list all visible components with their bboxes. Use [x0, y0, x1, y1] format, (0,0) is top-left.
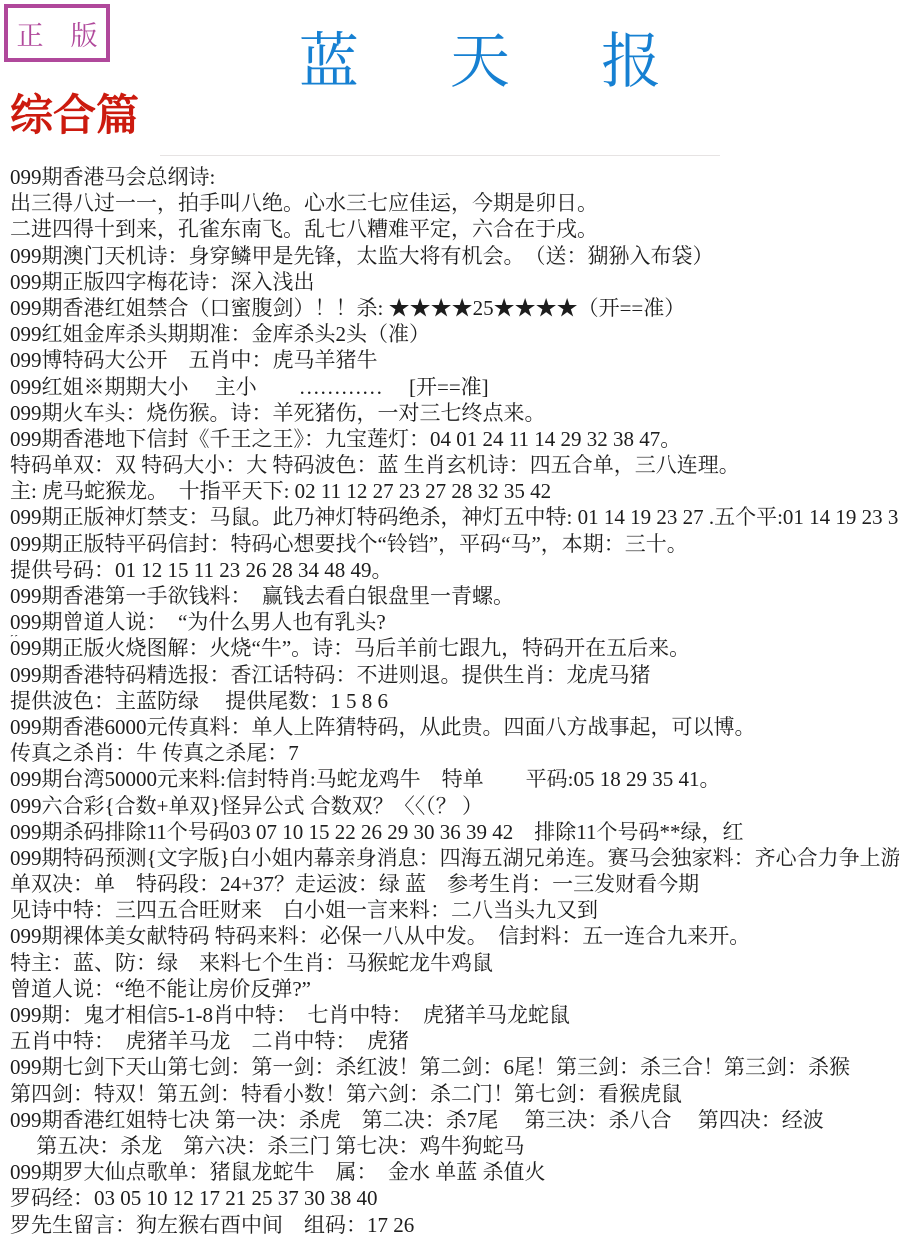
text-line: 099期香港地下信封《千王之王》：九宝莲灯：04 01 24 11 14 29 … — [10, 426, 899, 452]
scan-divider-line — [160, 155, 720, 156]
text-line: 特码单双：双 特码大小：大 特码波色：蓝 生肖玄机诗：四五合单，三八连理。 — [10, 452, 899, 478]
text-line: 099期杀码排除11个号码03 07 10 15 22 26 29 30 36 … — [10, 819, 899, 845]
text-line: 099期：鬼才相信5-1-8肖中特： 七肖中特： 虎猪羊马龙蛇鼠 — [10, 1002, 899, 1028]
text-line: 099期香港红姐特七决 第一决：杀虎 第二决：杀7尾 第三决：杀八合 第四决：经… — [10, 1107, 899, 1133]
text-line: 099期特码预测{文字版}白小姐内幕亲身消息：四海五湖兄弟连。赛马会独家料：齐心… — [10, 845, 899, 871]
text-line: 099期香港红姐禁合（口蜜腹剑）！！杀: ★★★★25★★★★（开==准） — [10, 295, 899, 321]
text-line: 罗码经：03 05 10 12 17 21 25 37 30 38 40 — [10, 1185, 899, 1211]
text-line: ”099期正版火烧图解：火烧“牛”。诗：马后羊前七跟九，特码开在五后来。 — [10, 635, 899, 661]
text-line: 099期台湾50000元来料:信封特肖:马蛇龙鸡牛 特单 平码:05 18 29… — [10, 766, 899, 792]
text-line: 099期香港6000元传真料：单人上阵猜特码，从此贵。四面八方战事起，可以博。 — [10, 714, 899, 740]
text-line: 099期罗大仙点歌单：猪鼠龙蛇牛 属： 金水 单蓝 杀值火 — [10, 1159, 899, 1185]
text-line: 第五决：杀龙 第六决：杀三门 第七决：鸡牛狗蛇马 — [10, 1133, 899, 1159]
text-line: 特主：蓝、防：绿 来料七个生肖：马猴蛇龙牛鸡鼠 — [10, 950, 899, 976]
text-line: 传真之杀肖：牛 传真之杀尾：7 — [10, 740, 899, 766]
section-heading: 综合篇 — [10, 93, 139, 140]
text-line: 出三得八过一一，拍手叫八绝。心水三七应佳运，今期是卯日。 — [10, 190, 899, 216]
text-line: 五肖中特： 虎猪羊马龙 二肖中特： 虎猪 — [10, 1028, 899, 1054]
text-line: 主: 虎马蛇猴龙。 十指平天下: 02 11 12 27 23 27 28 32… — [10, 478, 899, 504]
page-title: 蓝 天 报 — [60, 14, 900, 100]
text-line: 099期裸体美女献特码 特码来料：必保一八从中发。 信封料：五一连合九来开。 — [10, 923, 899, 949]
text-line: 099红姐※期期大小 主小 ………… [开==准] — [10, 374, 899, 400]
text-line: 099六合彩{合数+单双}怪异公式 合数双？〈〈（？ ） — [10, 793, 899, 819]
text-line: 099期澳门天机诗：身穿鳞甲是先锋，太监大将有机会。 （送：猢狲入布袋） — [10, 243, 899, 269]
text-line: 099期正版特平码信封：特码心想要找个“铃铛”，平码“马”，本期：三十。 — [10, 531, 899, 557]
text-line: 见诗中特：三四五合旺财来 白小姐一言来料：二八当头九又到 — [10, 897, 899, 923]
text-line: 099期七剑下天山第七剑：第一剑：杀红波！第二剑：6尾！第三剑：杀三合！第三剑：… — [10, 1054, 899, 1080]
text-line: 曾道人说：“绝不能让房价反弹?” — [10, 976, 899, 1002]
text-line: 099期香港马会总纲诗: — [10, 164, 899, 190]
text-line: 099期香港第一手欲钱料： 赢钱去看白银盘里一青螺。 — [10, 583, 899, 609]
content-lines: 099期香港马会总纲诗:出三得八过一一，拍手叫八绝。心水三七应佳运，今期是卯日。… — [10, 164, 899, 1238]
text-line: 提供波色：主蓝防绿 提供尾数：1 5 8 6 — [10, 688, 899, 714]
text-line: 099期曾道人说： “为什么男人也有乳头? — [10, 609, 899, 635]
text-line: 罗先生留言：狗左猴右酉中间 组码：17 26 — [10, 1212, 899, 1238]
text-line: 第四剑：特双！第五剑：特看小数！第六剑：杀二门！第七剑：看猴虎鼠 — [10, 1081, 899, 1107]
text-line: 099期火车头：烧伤猴。诗：羊死猪伤，一对三七终点来。 — [10, 400, 899, 426]
text-line: 提供号码：01 12 15 11 23 26 28 34 48 49。 — [10, 557, 899, 583]
text-line: 二进四得十到来，孔雀东南飞。乱七八糟难平定，六合在于戌。 — [10, 216, 899, 242]
text-line: 099期正版神灯禁支：马鼠。此乃神灯特码绝杀，神灯五中特: 01 14 19 2… — [10, 504, 899, 530]
text-line: 099期正版四字梅花诗：深入浅出 — [10, 269, 899, 295]
overhanging-close-quote: ” — [10, 635, 19, 651]
text-line: 099期香港特码精选报：香江话特码：不进则退。提供生肖：龙虎马猪 — [10, 662, 899, 688]
text-line: 单双决：单 特码段：24+37？走运波：绿 蓝 参考生肖：一三发财看今期 — [10, 871, 899, 897]
text-line: 099博特码大公开 五肖中：虎马羊猪牛 — [10, 347, 899, 373]
text-line: 099红姐金库杀头期期准：金库杀头2头（准） — [10, 321, 899, 347]
